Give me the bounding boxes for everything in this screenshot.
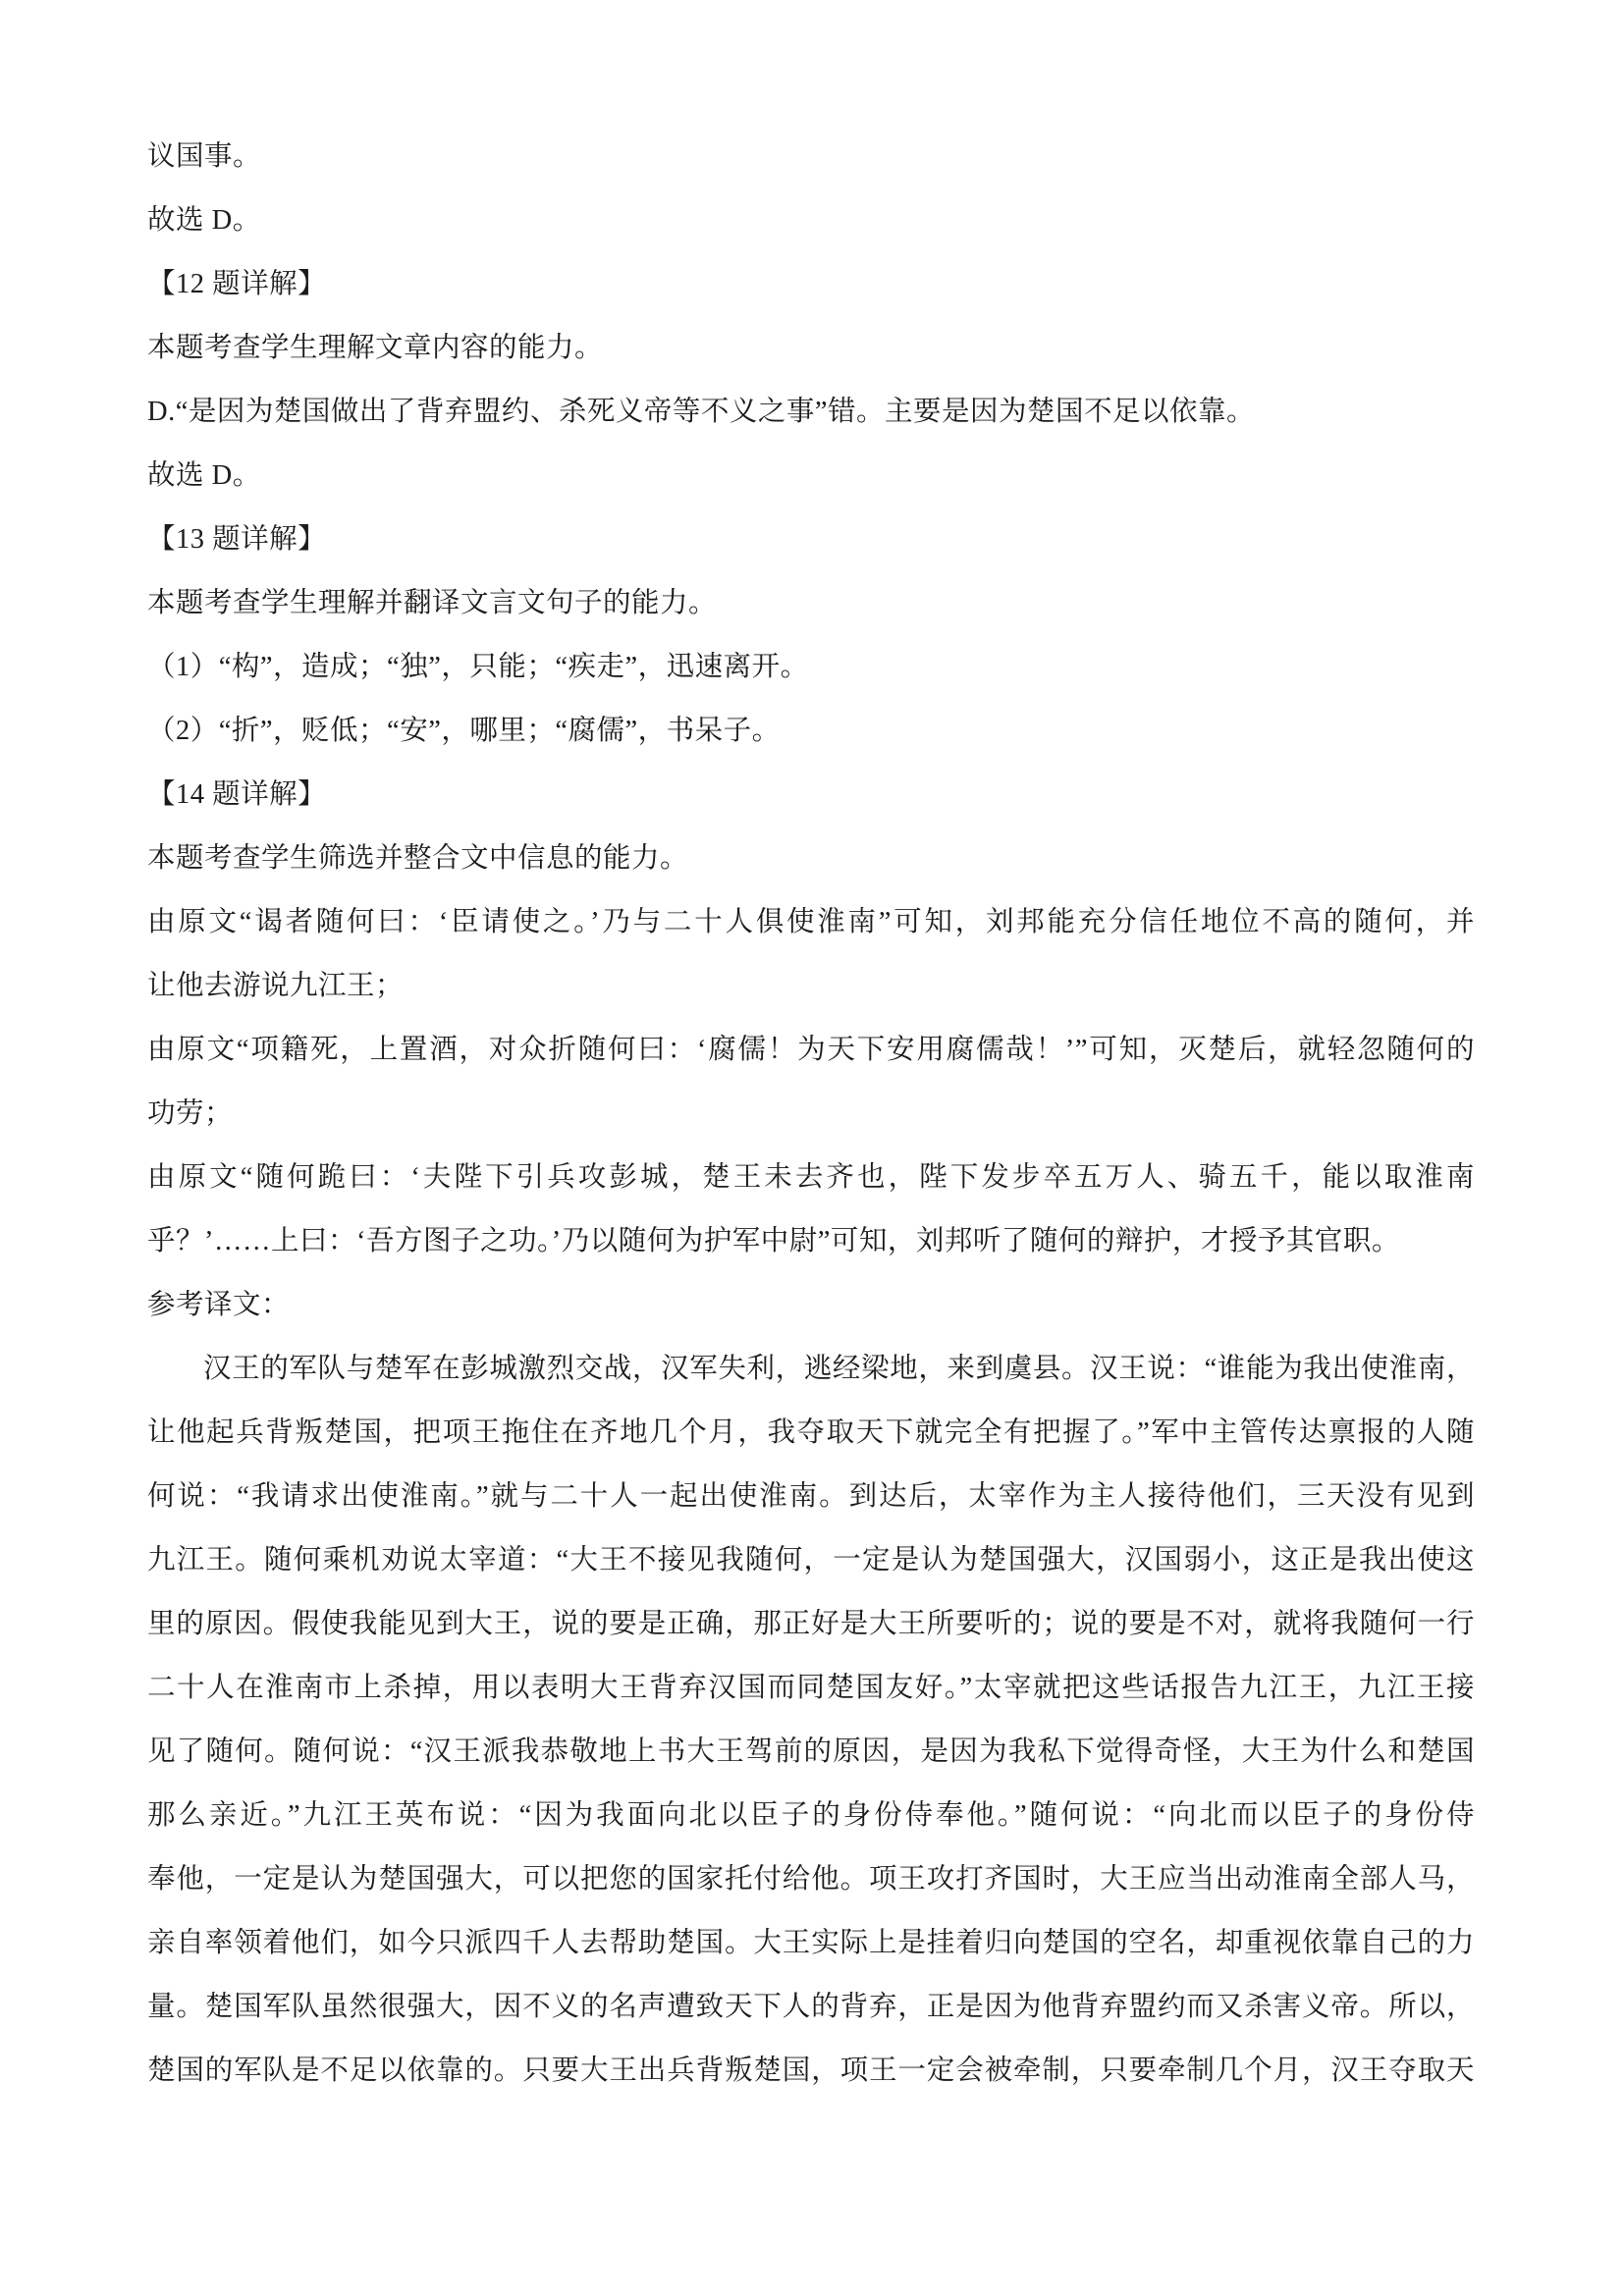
- translation-line: 何说：“我请求出使淮南。”就与二十人一起出使淮南。到达后，太宰作为主人接待他们，…: [147, 1465, 1475, 1528]
- section-heading-q12: 【12 题详解】: [147, 252, 1475, 316]
- translation-line: 见了随何。随何说：“汉王派我恭敬地上书大王驾前的原因，是因为我私下觉得奇怪，大王…: [147, 1720, 1475, 1784]
- answer-choice-line: 故选 D。: [147, 188, 1475, 252]
- document-page: 议国事。 故选 D。 【12 题详解】 本题考查学生理解文章内容的能力。 D.“…: [0, 0, 1624, 2296]
- document-body: 议国事。 故选 D。 【12 题详解】 本题考查学生理解文章内容的能力。 D.“…: [147, 125, 1475, 2103]
- section-heading-q14: 【14 题详解】: [147, 763, 1475, 827]
- explanation-line: 由原文“项籍死，上置酒，对众折随何曰：‘腐儒！为天下安用腐儒哉！’”可知，灭楚后…: [147, 1018, 1475, 1082]
- translation-label: 参考译文：: [147, 1273, 1475, 1337]
- translation-line: 里的原因。假使我能见到大王，说的要是正确，那正好是大王所要听的；说的要是不对，就…: [147, 1592, 1475, 1656]
- explanation-line: （1）“构”，造成；“独”，只能；“疾走”，迅速离开。: [147, 635, 1475, 699]
- continuation-line: 议国事。: [147, 125, 1475, 188]
- explanation-line: 由原文“随何跪曰：‘夫陛下引兵攻彭城，楚王未去齐也，陛下发步卒五万人、骑五千，能…: [147, 1146, 1475, 1209]
- explanation-line: 本题考查学生理解文章内容的能力。: [147, 316, 1475, 380]
- explanation-line: 本题考查学生理解并翻译文言文句子的能力。: [147, 571, 1475, 635]
- explanation-line: 让他去游说九江王；: [147, 954, 1475, 1018]
- section-heading-q13: 【13 题详解】: [147, 507, 1475, 571]
- explanation-line: 乎？’……上曰：‘吾方图子之功。’乃以随何为护军中尉”可知，刘邦听了随何的辩护，…: [147, 1209, 1475, 1273]
- explanation-line: 本题考查学生筛选并整合文中信息的能力。: [147, 827, 1475, 890]
- translation-line: 九江王。随何乘机劝说太宰道：“大王不接见我随何，一定是认为楚国强大，汉国弱小，这…: [147, 1528, 1475, 1592]
- translation-line: 那么亲近。”九江王英布说：“因为我面向北以臣子的身份侍奉他。”随何说：“向北而以…: [147, 1784, 1475, 1847]
- explanation-line: 功劳；: [147, 1082, 1475, 1146]
- translation-line: 楚国的军队是不足以依靠的。只要大王出兵背叛楚国，项王一定会被牵制，只要牵制几个月…: [147, 2039, 1475, 2103]
- translation-line: 二十人在淮南市上杀掉，用以表明大王背弃汉国而同楚国友好。”太宰就把这些话报告九江…: [147, 1656, 1475, 1720]
- translation-line: 让他起兵背叛楚国，把项王拖住在齐地几个月，我夺取天下就完全有把握了。”军中主管传…: [147, 1401, 1475, 1465]
- answer-choice-line: 故选 D。: [147, 444, 1475, 507]
- explanation-line: D.“是因为楚国做出了背弃盟约、杀死义帝等不义之事”错。主要是因为楚国不足以依靠…: [147, 380, 1475, 444]
- translation-line: 亲自率领着他们，如今只派四千人去帮助楚国。大王实际上是挂着归向楚国的空名，却重视…: [147, 1911, 1475, 1975]
- translation-line: 奉他，一定是认为楚国强大，可以把您的国家托付给他。项王攻打齐国时，大王应当出动淮…: [147, 1847, 1475, 1911]
- explanation-line: （2）“折”，贬低；“安”，哪里；“腐儒”，书呆子。: [147, 699, 1475, 763]
- translation-line: 汉王的军队与楚军在彭城激烈交战，汉军失利，逃经梁地，来到虞县。汉王说：“谁能为我…: [147, 1337, 1475, 1401]
- translation-line: 量。楚国军队虽然很强大，因不义的名声遭致天下人的背弃，正是因为他背弃盟约而又杀害…: [147, 1975, 1475, 2039]
- explanation-line: 由原文“谒者随何曰：‘臣请使之。’乃与二十人俱使淮南”可知，刘邦能充分信任地位不…: [147, 890, 1475, 954]
